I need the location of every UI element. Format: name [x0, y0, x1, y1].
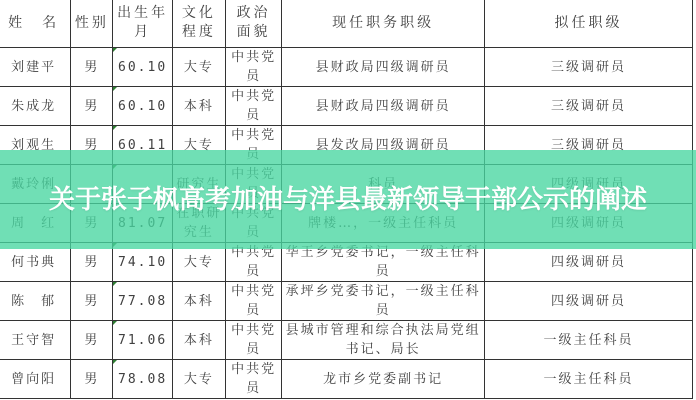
cell-education: 本科	[172, 282, 225, 321]
cell-current-position: 承坪乡党委书记，一级主任科员	[282, 282, 485, 321]
cell-party: 中共党员	[225, 321, 281, 360]
cell-party: 中共党员	[225, 360, 281, 399]
table-row: 朱成龙 男 60.10 本科 中共党员 县财政局四级调研员 三级调研员	[0, 87, 693, 126]
table-row: 刘建平 男 60.10 大专 中共党员 县财政局四级调研员 三级调研员	[0, 48, 693, 87]
title-banner: 关于张子枫高考加油与洋县最新领导干部公示的阐述	[0, 150, 696, 249]
cell-proposed-rank: 一级主任科员	[485, 321, 693, 360]
cell-sex: 男	[71, 321, 113, 360]
cell-education: 本科	[172, 321, 225, 360]
cell-proposed-rank: 三级调研员	[485, 48, 693, 87]
cell-sex: 男	[71, 48, 113, 87]
header-education: 文化程度	[172, 0, 225, 48]
cell-name: 王守智	[0, 321, 71, 360]
header-name: 姓 名	[0, 0, 71, 48]
cell-birth: 71.06	[113, 321, 172, 360]
cell-education: 本科	[172, 87, 225, 126]
table-row: 陈 郁 男 77.08 本科 中共党员 承坪乡党委书记，一级主任科员 四级调研员	[0, 282, 693, 321]
header-party: 政治面貌	[225, 0, 281, 48]
cell-current-position: 县城市管理和综合执法局党组书记、局长	[282, 321, 485, 360]
cell-party: 中共党员	[225, 282, 281, 321]
header-proposed-rank: 拟任职级	[485, 0, 693, 48]
cell-name: 朱成龙	[0, 87, 71, 126]
cell-sex: 男	[71, 360, 113, 399]
header-row: 姓 名 性别 出生年月 文化程度 政治面貌 现任职务职级 拟任职级	[0, 0, 693, 48]
header-sex: 性别	[71, 0, 113, 48]
cell-proposed-rank: 一级主任科员	[485, 360, 693, 399]
header-current-position: 现任职务职级	[282, 0, 485, 48]
cell-birth: 60.10	[113, 87, 172, 126]
table-row: 王守智 男 71.06 本科 中共党员 县城市管理和综合执法局党组书记、局长 一…	[0, 321, 693, 360]
banner-title: 关于张子枫高考加油与洋县最新领导干部公示的阐述	[28, 182, 668, 218]
cell-party: 中共党员	[225, 48, 281, 87]
cell-birth: 78.08	[113, 360, 172, 399]
cell-name: 陈 郁	[0, 282, 71, 321]
cell-current-position: 龙市乡党委副书记	[282, 360, 485, 399]
document-image: 姓 名 性别 出生年月 文化程度 政治面貌 现任职务职级 拟任职级 刘建平 男 …	[0, 0, 696, 400]
cell-birth: 77.08	[113, 282, 172, 321]
cell-sex: 男	[71, 282, 113, 321]
cell-sex: 男	[71, 87, 113, 126]
cell-name: 曾向阳	[0, 360, 71, 399]
cell-birth: 60.10	[113, 48, 172, 87]
table-row: 曾向阳 男 78.08 大专 中共党员 龙市乡党委副书记 一级主任科员	[0, 360, 693, 399]
cell-education: 大专	[172, 360, 225, 399]
cell-proposed-rank: 三级调研员	[485, 87, 693, 126]
header-birth: 出生年月	[113, 0, 172, 48]
cell-current-position: 县财政局四级调研员	[282, 48, 485, 87]
cell-party: 中共党员	[225, 87, 281, 126]
cell-proposed-rank: 四级调研员	[485, 282, 693, 321]
cell-education: 大专	[172, 48, 225, 87]
cell-current-position: 县财政局四级调研员	[282, 87, 485, 126]
cell-name: 刘建平	[0, 48, 71, 87]
